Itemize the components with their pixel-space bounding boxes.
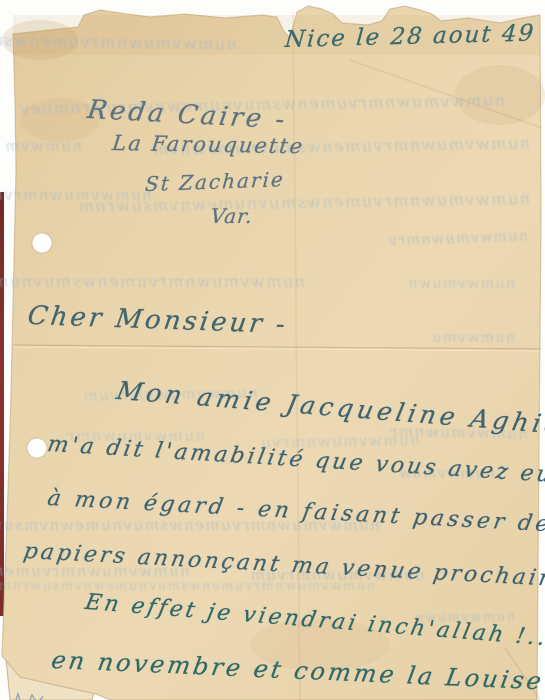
punch-hole-bottom [27, 438, 47, 458]
scanned-letter: numwvmuwnmrvumenwsmuvnnumwvmuwnmrvumenws… [0, 0, 545, 700]
sender-address-line1: La Farouquette [111, 131, 306, 158]
stain [455, 65, 545, 125]
punch-hole-top [32, 233, 52, 253]
sender-address-line3: Var. [209, 204, 254, 228]
sender-address-line2: St Zacharie [144, 167, 285, 196]
